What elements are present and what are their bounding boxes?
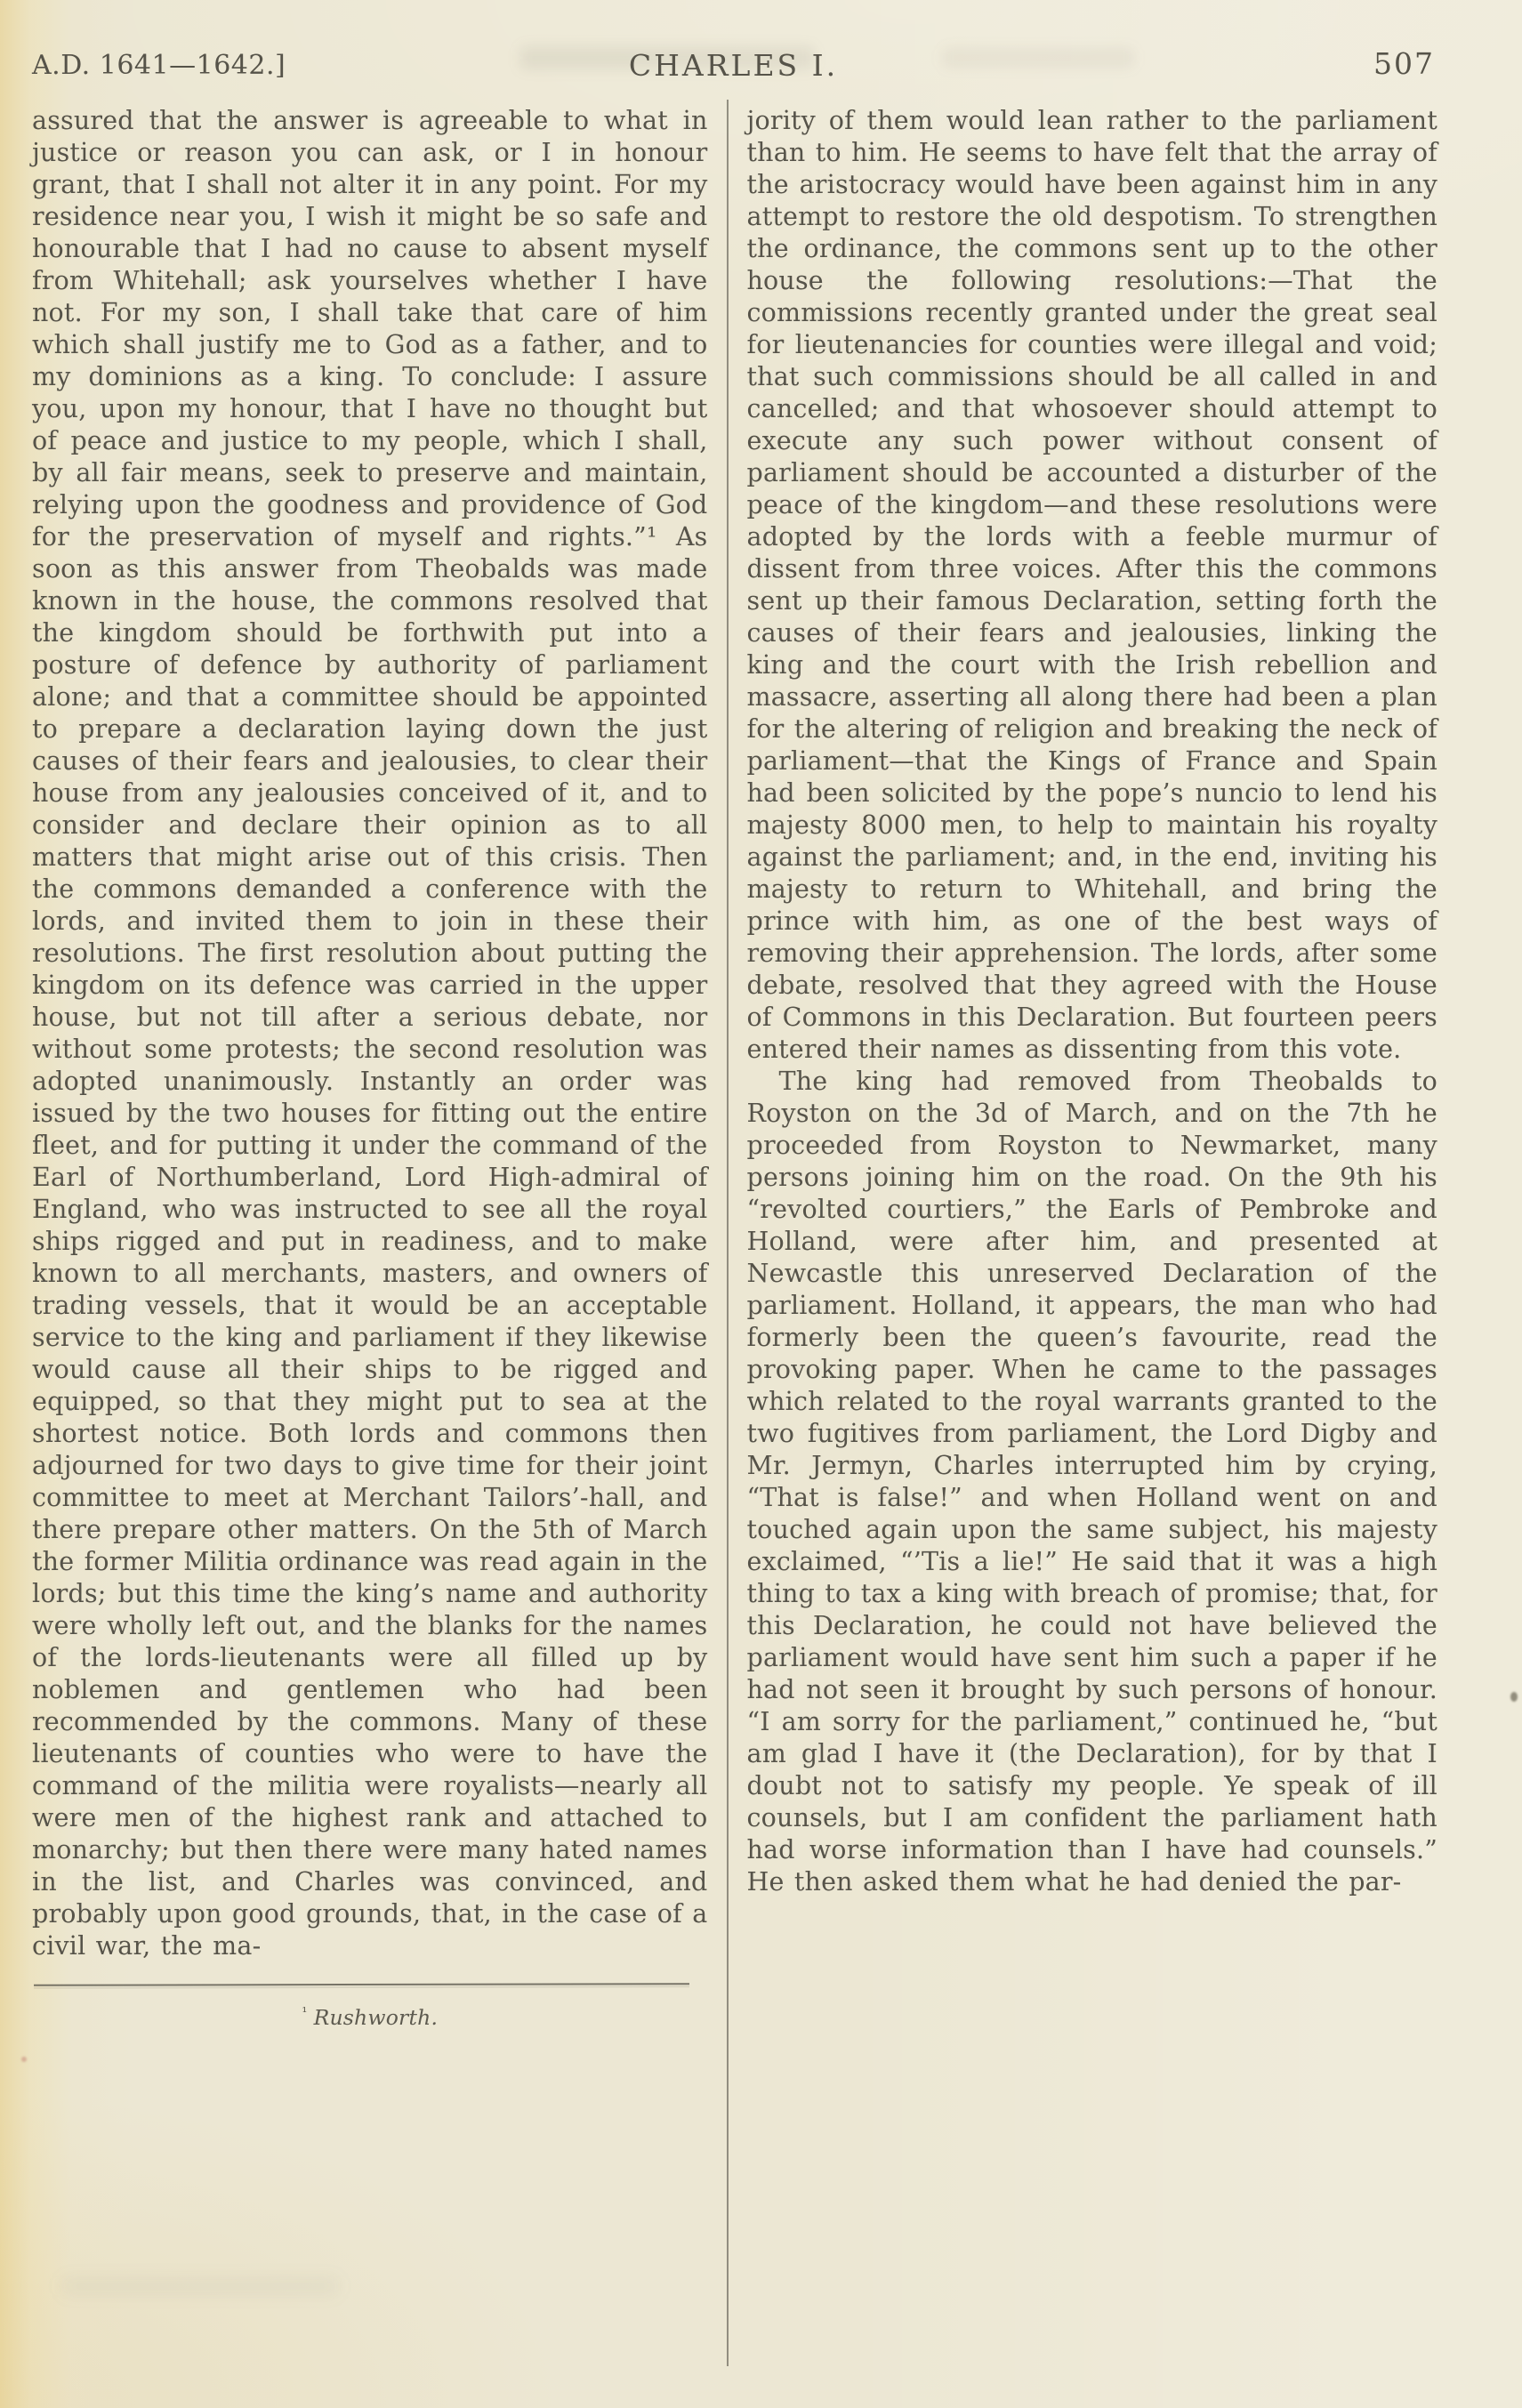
footnote: ¹Rushworth. [32, 1996, 708, 2034]
right-column: jority of them would lean rather to the … [747, 105, 1438, 1898]
header-date-range: A.D. 1641—1642.] [32, 50, 286, 81]
page-number: 507 [1373, 46, 1435, 81]
scan-speck [21, 2057, 27, 2062]
right-column-paragraph-1: jority of them would lean rather to the … [747, 105, 1438, 1066]
text-columns: assured that the answer is agreeable to … [32, 105, 1437, 2408]
page-title: CHARLES I. [629, 48, 838, 83]
footnote-text: Rushworth. [314, 2005, 439, 2030]
footnote-marker: ¹ [302, 2004, 307, 2020]
right-column-paragraph-2: The king had removed from Theobalds to R… [747, 1066, 1438, 1898]
footnote-rule [34, 1983, 689, 1986]
left-column: assured that the answer is agreeable to … [32, 105, 708, 2034]
page-header: A.D. 1641—1642.] CHARLES I. 507 [32, 44, 1435, 85]
book-page-scan: A.D. 1641—1642.] CHARLES I. 507 assured … [0, 0, 1522, 2408]
left-column-paragraph: assured that the answer is agreeable to … [32, 105, 708, 1962]
scan-speck [1510, 1692, 1518, 1702]
